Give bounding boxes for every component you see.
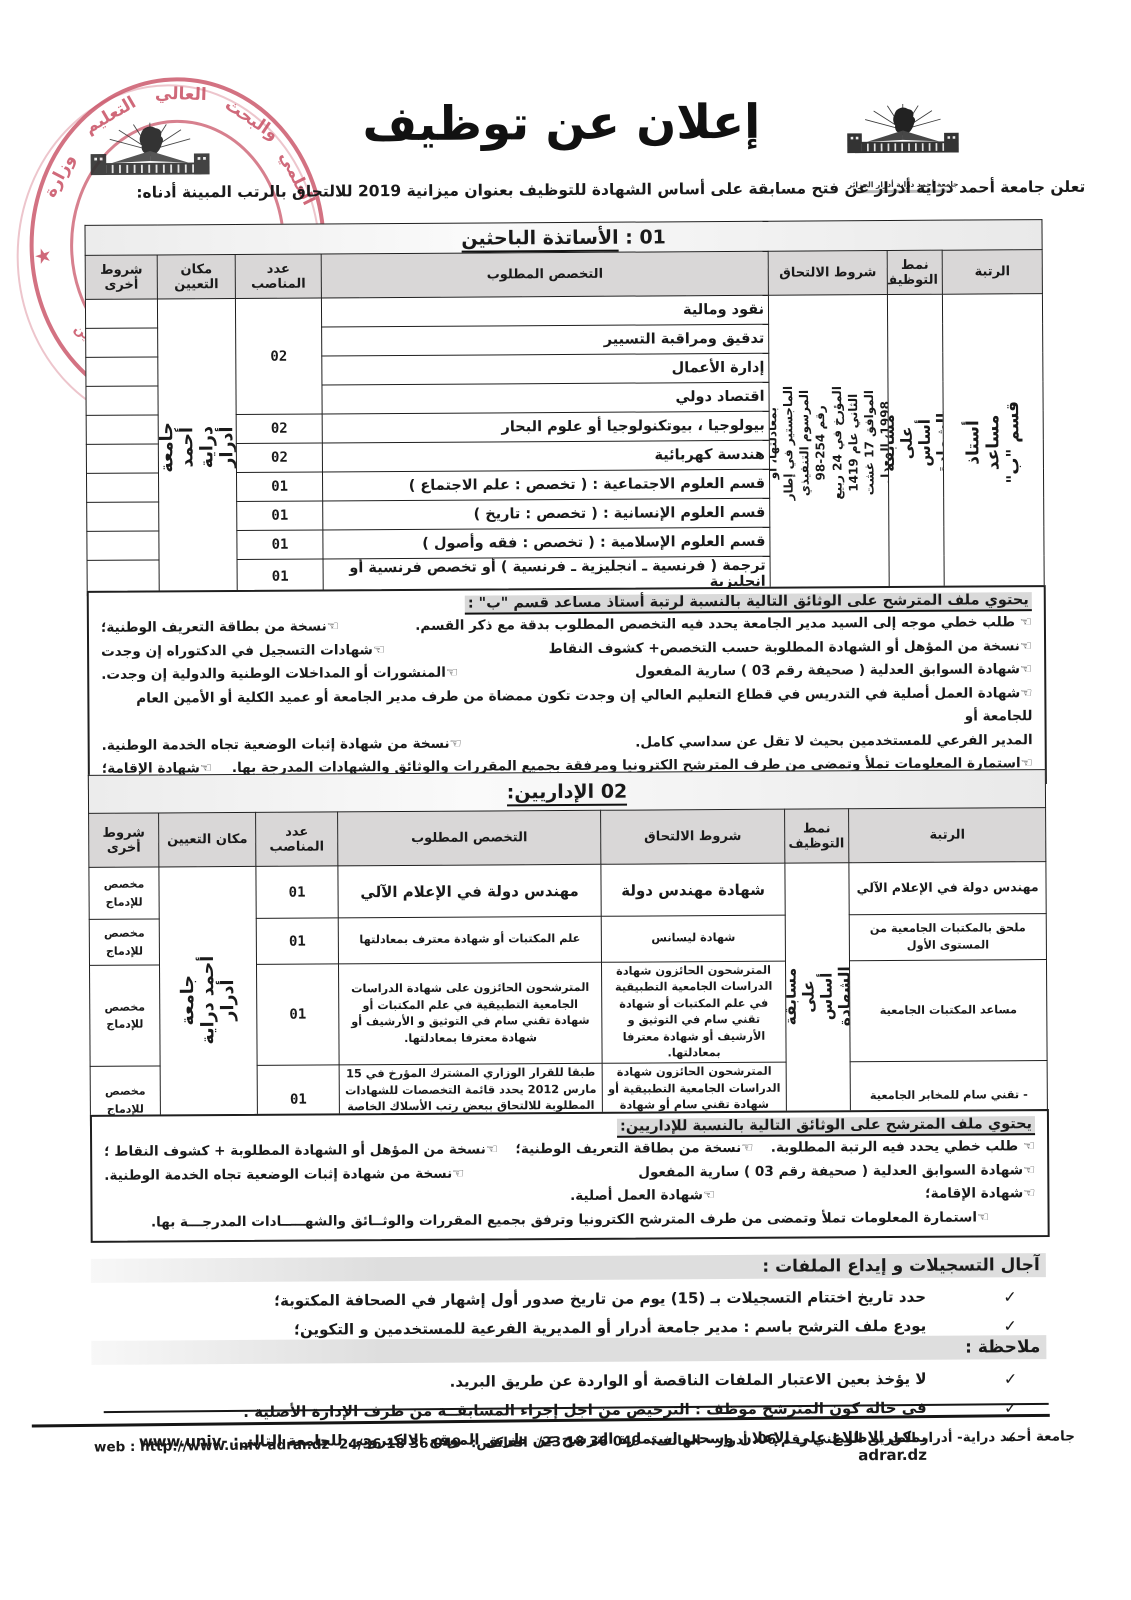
section1-name: الأساتذة الباحثين bbox=[461, 226, 618, 252]
location-text: جامعة أحمد دراية أدرار bbox=[157, 408, 237, 485]
col-header-location: مكان التعيين bbox=[157, 255, 235, 299]
conditions-cell: المترشحون الحائزون شهادة الدراسات الجامع… bbox=[602, 961, 787, 1063]
documents-title: يحتوي ملف المترشح على الوثائق التالية با… bbox=[101, 592, 1032, 614]
footer-fax-label: الفاكس: bbox=[471, 1435, 528, 1452]
document-item: ☜شهادة العمل أصلية في التدريس في قطاع ال… bbox=[101, 682, 1032, 735]
stamp-ring-word: التعليم bbox=[81, 93, 139, 139]
deadline-item: ✓ حدد تاريخ اختتام التسجيلات بـ (15) يوم… bbox=[91, 1287, 1046, 1312]
col-header-rank: الرتبة bbox=[942, 250, 1042, 295]
col-header-rank: الرتبة bbox=[849, 808, 1046, 863]
other-conditions-cell: مخصص للإدماج bbox=[90, 965, 161, 1067]
administrators-table: 02 الإداريين: الرتبة نمط التوظيف شروط ال… bbox=[88, 769, 1048, 1136]
specialty-cell: إدارة الأعمال bbox=[322, 353, 769, 385]
other-conditions-cell bbox=[87, 531, 159, 560]
specialty-cell: اقتصاد دولي bbox=[322, 382, 769, 414]
conditions-cell: شهادة ليسانس bbox=[601, 915, 785, 962]
document-item: ☜نسخة من بطاقة التعريف الوطنية؛ bbox=[515, 1137, 753, 1162]
table2-header-row: الرتبة نمط التوظيف شروط الالتحاق التخصص … bbox=[89, 808, 1046, 868]
deadlines-section: آجال التسجيلات و إيداع الملفات : ✓ حدد ت… bbox=[91, 1253, 1046, 1341]
mode-cell: مسابقة على أساس الشهادة bbox=[887, 294, 944, 590]
check-icon: ✓ bbox=[974, 1316, 1046, 1335]
other-conditions-cell bbox=[87, 502, 159, 531]
document-item: ☜نسخة من شهادة إثبات الوضعية تجاه الخدمة… bbox=[104, 1162, 464, 1188]
document-item: ☜شهادة السوابق العدلية ( صحيفة رقم 03 ) … bbox=[635, 658, 1032, 684]
other-conditions-cell: مخصص للإدماج bbox=[89, 919, 159, 965]
document-item: ☜نسخة من شهادة إثبات الوضعية تجاه الخدمة… bbox=[102, 732, 462, 758]
count-cell: 02 bbox=[236, 443, 322, 473]
location-cell: جامعة أحمد دراية أدرار bbox=[159, 866, 258, 1134]
section2-title: 02 الإداريين: bbox=[88, 770, 1045, 814]
col-header-count: عدد المناصب bbox=[256, 812, 338, 866]
table1-header-row: الرتبة نمط التوظيف شروط الالتحاق التخصص … bbox=[85, 250, 1042, 300]
document-item: ☜استمارة المعلومات تملأ وتمضى من طرف الم… bbox=[151, 1206, 989, 1235]
document-item: ☜المنشورات أو المداخلات الوطنية والدولية… bbox=[101, 662, 458, 688]
document-item: ☜ طلب خطي يحدد فيه الرتبة المطلوبة. bbox=[771, 1135, 1036, 1160]
document-line: ☜استمارة المعلومات تملأ وتمضى من طرف الم… bbox=[105, 1206, 1036, 1235]
mode-cell: مسابقة على أساس الشهادة bbox=[785, 863, 851, 1131]
document-item: ☜نسخة من المؤهل أو الشهادة المطلوبة حسب … bbox=[548, 635, 1032, 661]
table-row: مهندس دولة في الإعلام الآلي مسابقة على أ… bbox=[89, 862, 1046, 920]
col-header-specialty: التخصص المطلوب bbox=[338, 810, 601, 866]
col-header-location: مكان التعيين bbox=[159, 812, 256, 867]
count-cell: 01 bbox=[237, 501, 323, 531]
scanned-announcement-page: وزارة التعليم العالي والبحث العلمي ★ ★ ل… bbox=[0, 0, 1131, 1600]
rank-cell: ملحق بالمكتبات الجامعية من المستوى الأول bbox=[849, 914, 1046, 961]
page-title: إعلان عن توظيف bbox=[226, 94, 897, 153]
count-cell: 01 bbox=[237, 530, 323, 560]
rank-cell: مهندس دولة في الإعلام الآلي bbox=[849, 862, 1046, 915]
stamp-ring-word: وزارة bbox=[40, 151, 79, 201]
check-icon: ✓ bbox=[974, 1287, 1046, 1306]
stamp-ring-word: العالي bbox=[155, 84, 207, 105]
rank-cell: أستاذ مساعد قسم "ب" bbox=[942, 294, 1044, 591]
col-header-mode: نمط التوظيف bbox=[887, 250, 942, 294]
other-conditions-cell bbox=[86, 473, 158, 502]
specialty-cell: نقود ومالية bbox=[321, 295, 768, 327]
specialty-cell: قسم العلوم الإنسانية : ( تخصص : تاريخ ) bbox=[323, 498, 770, 530]
note-text: لا يؤخذ بعين الاعتبار الملفات الناقصة أو… bbox=[92, 1370, 975, 1394]
check-icon: ✓ bbox=[974, 1369, 1046, 1388]
other-conditions-cell bbox=[85, 299, 157, 328]
count-cell: 01 bbox=[237, 472, 323, 502]
col-header-conditions: شروط الالتحاق bbox=[768, 251, 887, 296]
specialty-cell: هندسة كهربائية bbox=[322, 440, 769, 472]
notes-title: ملاحظة : bbox=[91, 1335, 1046, 1365]
document-item: ☜شهادة العمل أصلية. bbox=[570, 1184, 715, 1208]
specialty-cell: بيولوجيا ، بيوتكنولوجيا أو علوم البحار bbox=[322, 411, 769, 443]
deadline-text: حدد تاريخ اختتام التسجيلات بـ (15) يوم م… bbox=[91, 1288, 974, 1312]
col-header-count: عدد المناصب bbox=[235, 254, 321, 299]
document-item: ☜نسخة من المؤهل أو الشهادة المطلوبة + كش… bbox=[104, 1138, 498, 1164]
other-conditions-cell bbox=[86, 328, 158, 357]
document-item: ☜شهادة السوابق العدلية ( صحيفة رقم 03 ) … bbox=[638, 1159, 1035, 1185]
document-item: المدير الفرعي للمستخدمين بحيث لا تقل عن … bbox=[635, 729, 1033, 755]
other-conditions-cell bbox=[86, 357, 158, 386]
section2-name: 02 الإداريين: bbox=[507, 780, 628, 806]
rank-text: أستاذ مساعد قسم "ب" bbox=[963, 392, 1024, 491]
count-cell: 02 bbox=[235, 298, 322, 415]
conditions-cell: شهادة مهندس دولة bbox=[601, 863, 785, 916]
section1-number: 01 : bbox=[625, 226, 666, 248]
col-header-other: شروط أخرى bbox=[85, 255, 157, 299]
other-conditions-cell bbox=[86, 415, 158, 444]
footer-phone: 049 36 18 23/ bbox=[537, 1433, 641, 1450]
table-row: أستاذ مساعد قسم "ب" مسابقة على أساس الشه… bbox=[85, 294, 1042, 329]
specialty-cell: مهندس دولة في الإعلام الآلي bbox=[338, 864, 601, 918]
section2-title-row: 02 الإداريين: bbox=[88, 770, 1045, 814]
count-cell: 01 bbox=[257, 964, 340, 1066]
location-text: جامعة أحمد دراية أدرار bbox=[178, 952, 239, 1048]
specialty-cell: تدقيق ومراقبة التسيير bbox=[322, 324, 769, 356]
count-cell: 02 bbox=[236, 414, 322, 444]
mode-text: مسابقة على أساس الشهادة bbox=[785, 965, 851, 1028]
count-cell: 01 bbox=[256, 866, 338, 918]
other-conditions-cell bbox=[86, 444, 158, 473]
researchers-table: 01 : الأساتذة الباحثين الرتبة نمط التوظي… bbox=[84, 219, 1044, 596]
documents-list-researchers: يحتوي ملف المترشح على الوثائق التالية با… bbox=[87, 585, 1047, 789]
documents-title: يحتوي ملف المترشح على الوثائق التالية با… bbox=[104, 1116, 1035, 1138]
mode-text: مسابقة على أساس الشهادة bbox=[887, 412, 944, 473]
document-item: ☜نسخة من بطاقة التعريف الوطنية؛ bbox=[101, 615, 339, 640]
intro-paragraph: تعلن جامعة أحمد دراية أدرار عن فتح مسابق… bbox=[116, 178, 1085, 202]
document-item: ☜شهادات التسجيل في الدكتوراه إن وجدت bbox=[101, 639, 385, 664]
col-header-conditions: شروط الالتحاق bbox=[601, 809, 785, 864]
conditions-text: شهادة دكتوراه دولة أو شهادة دكتوراه في ا… bbox=[768, 383, 889, 503]
documents-list-administrators: يحتوي ملف المترشح على الوثائق التالية با… bbox=[90, 1109, 1050, 1243]
rank-cell: مساعد المكتبات الجامعية bbox=[850, 960, 1048, 1062]
other-conditions-cell bbox=[86, 386, 158, 415]
specialty-cell: المترشحون الحائزون على شهادة الدراسات ال… bbox=[339, 962, 603, 1065]
specialty-cell: قسم العلوم الاجتماعية : ( تخصص : علم الا… bbox=[323, 469, 770, 501]
count-cell: 01 bbox=[256, 918, 338, 965]
conditions-cell: شهادة دكتوراه دولة أو شهادة دكتوراه في ا… bbox=[768, 295, 889, 592]
star-icon: ★ bbox=[31, 247, 55, 265]
specialty-cell: قسم العلوم الإسلامية : ( تخصص : فقه وأصو… bbox=[323, 527, 770, 559]
document-item: ☜شهادة الإقامة؛ bbox=[925, 1182, 1035, 1206]
col-header-other: شروط أخرى bbox=[89, 813, 159, 867]
footer-fax: 049 36 18 24/36 bbox=[339, 1435, 462, 1452]
location-cell: جامعة أحمد دراية أدرار bbox=[157, 299, 237, 595]
specialty-cell: علم المكتبات أو شهادة معترف بمعادلتها bbox=[338, 916, 601, 964]
deadlines-title: آجال التسجيلات و إيداع الملفات : bbox=[91, 1253, 1046, 1283]
other-conditions-cell: مخصص للإدماج bbox=[89, 867, 159, 919]
col-header-specialty: التخصص المطلوب bbox=[321, 251, 768, 298]
document-line: ☜شهادة العمل أصلية في التدريس في قطاع ال… bbox=[101, 682, 1032, 735]
footer-website: web : http://www.univ-adrar.dz bbox=[94, 1437, 330, 1456]
col-header-mode: نمط التوظيف bbox=[785, 809, 849, 863]
note-item: ✓ لا يؤخذ بعين الاعتبار الملفات الناقصة … bbox=[92, 1369, 1047, 1394]
